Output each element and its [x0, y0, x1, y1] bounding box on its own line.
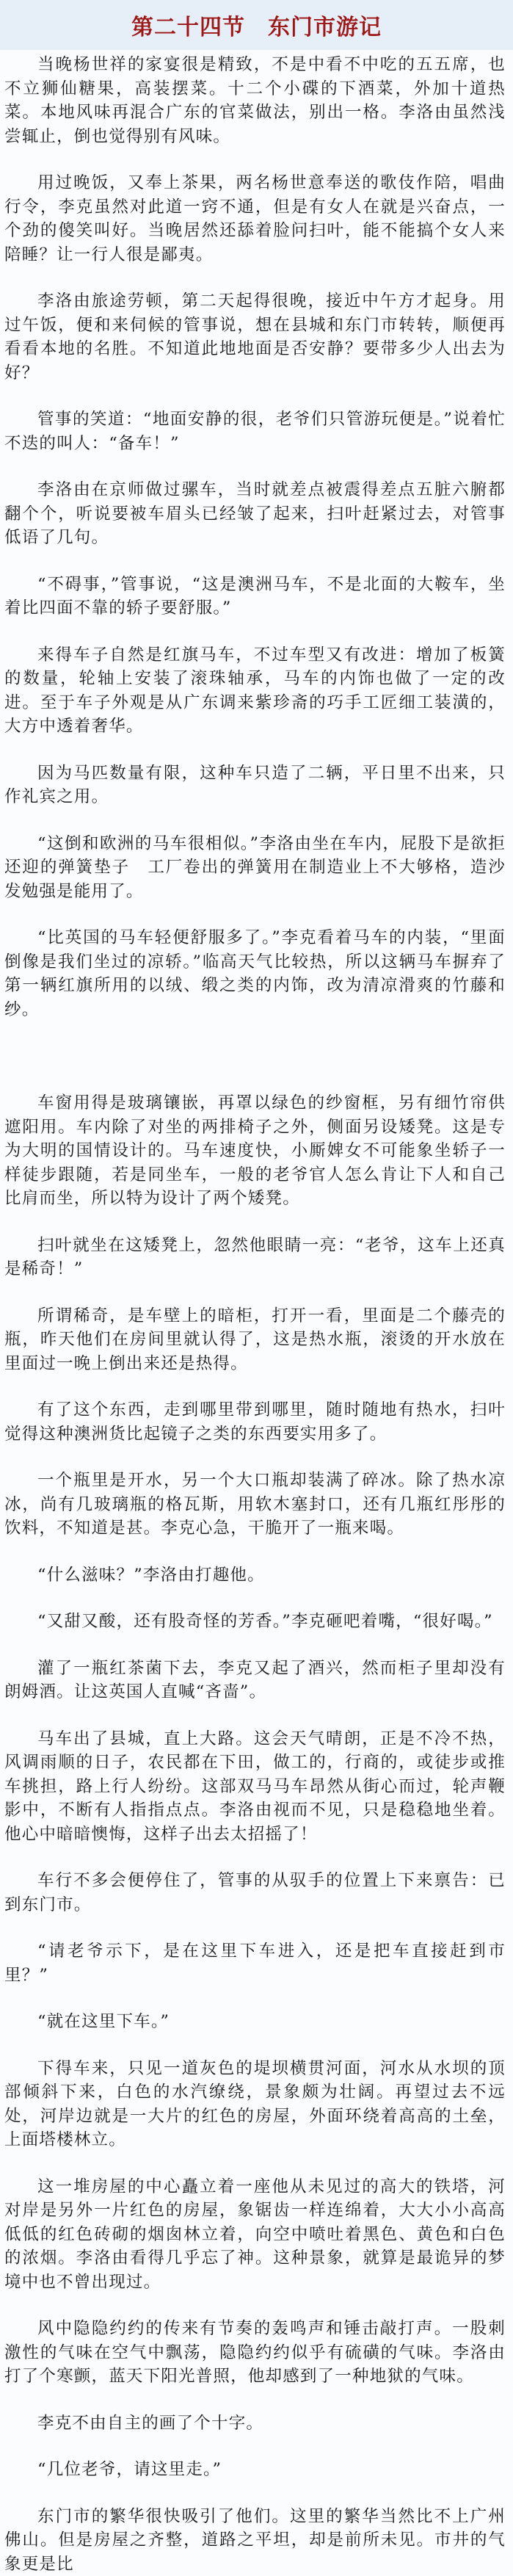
paragraph: 车窗用得是玻璃镶嵌，再罩以绿色的纱窗框，另有细竹帘供遮阳用。车内除了对坐的两排椅… [4, 1091, 506, 1211]
paragraph: “什么滋味？”李洛由打趣他。 [4, 1563, 506, 1588]
paragraph: 用过晚饭，又奉上茶果，两名杨世意奉送的歌伎作陪，唱曲行令，李克虽然对此道一窍不通… [4, 171, 506, 267]
paragraph: 因为马匹数量有限，这种车只造了二辆，平日里不出来，只作礼宾之用。 [4, 761, 506, 809]
paragraph: 当晚杨世祥的家宴很是精致，不是中看不中吃的五五席，也不立狮仙糖果，高装摆菜。十二… [4, 53, 506, 148]
paragraph: 李洛由旅途劳顿，第二天起得很晚，接近中午方才起身。用过午饭，便和来伺候的管事说，… [4, 289, 506, 385]
paragraph: 扫叶就坐在这矮凳上，忽然他眼睛一亮：“老爷，这车上还真是稀奇！” [4, 1234, 506, 1281]
paragraph: 一个瓶里是开水，另一个大口瓶却装满了碎冰。除了热水凉冰，尚有几玻璃瓶的格瓦斯，用… [4, 1469, 506, 1541]
paragraph: 灌了一瓶红茶菌下去，李克又起了酒兴，然而柜子里却没有朗姆酒。让这英国人直喊“吝啬… [4, 1657, 506, 1704]
paragraph: “这倒和欧洲的马车很相似。”李洛由坐在车内，屁股下是欲拒还迎的弹簧垫子 工厂卷出… [4, 832, 506, 904]
paragraph: “又甜又酸，还有股奇怪的芳香。”李克砸吧着嘴，“很好喝。” [4, 1610, 506, 1634]
paragraph: 有了这个东西，走到哪里带到哪里，随时随地有热水，扫叶觉得这种澳洲货比起镜子之类的… [4, 1398, 506, 1446]
paragraph: 李洛由在京师做过骡车，当时就差点被震得差点五脏六腑都翻个个，听说要被车眉头已经皱… [4, 478, 506, 550]
chapter-title: 第二十四节 东门市游记 [131, 9, 382, 41]
paragraph: “不碍事，”管事说，“这是澳洲马车，不是北面的大鞍车，坐着比四面不靠的轿子要舒服… [4, 573, 506, 621]
paragraph: 车行不多会便停住了，管事的从驭手的位置上下来禀告：已到东门市。 [4, 1869, 506, 1917]
paragraph: 马车出了县城，直上大路。这会天气晴朗，正是不冷不热，风调雨顺的日子，农民都在下田… [4, 1727, 506, 1847]
paragraph: “比英国的马车轻便舒服多了。”李克看着马车的内装，“里面倒像是我们坐过的凉轿。”… [4, 926, 506, 1021]
paragraph: 风中隐隐约约的传来有节奏的轰鸣声和锤击敲打声。一股刺激性的气味在空气中飘荡，隐隐… [4, 2317, 506, 2389]
paragraph: 来得车子自然是红旗马车，不过车型又有改进：增加了板簧的数量，轮轴上安装了滚珠轴承… [4, 643, 506, 739]
paragraph: 下得车来，只见一道灰色的堤坝横贯河面，河水从水坝的顶部倾斜下来，白色的水汽缭绕，… [4, 2057, 506, 2152]
paragraph: “请老爷示下，是在这里下车进入，还是把车直接赶到市里？” [4, 1939, 506, 1987]
paragraph: “几位老爷，请这里走。” [4, 2458, 506, 2482]
chapter-header: 第二十四节 东门市游记 [0, 0, 513, 50]
paragraph: 这一堆房屋的中心矗立着一座他从未见过的高大的铁塔，河对岸是另外一片红色的房屋，象… [4, 2175, 506, 2295]
paragraph: 管事的笑道：“地面安静的很，老爷们只管游玩便是。”说着忙不迭的叫人：“备车！” [4, 408, 506, 455]
chapter-body: 当晚杨世祥的家宴很是精致，不是中看不中吃的五五席，也不立狮仙糖果，高装摆菜。十二… [0, 53, 513, 2576]
paragraph: 所谓稀奇，是车壁上的暗柜，打开一看，里面是二个藤壳的瓶，昨天他们在房间里就认得了… [4, 1304, 506, 1376]
paragraph: 东门市的繁华很快吸引了他们。这里的繁华当然比不上广州佛山。但是房屋之齐整，道路之… [4, 2505, 506, 2576]
paragraph: 李克不由自主的画了个十字。 [4, 2412, 506, 2436]
paragraph: “就在这里下车。” [4, 2010, 506, 2034]
